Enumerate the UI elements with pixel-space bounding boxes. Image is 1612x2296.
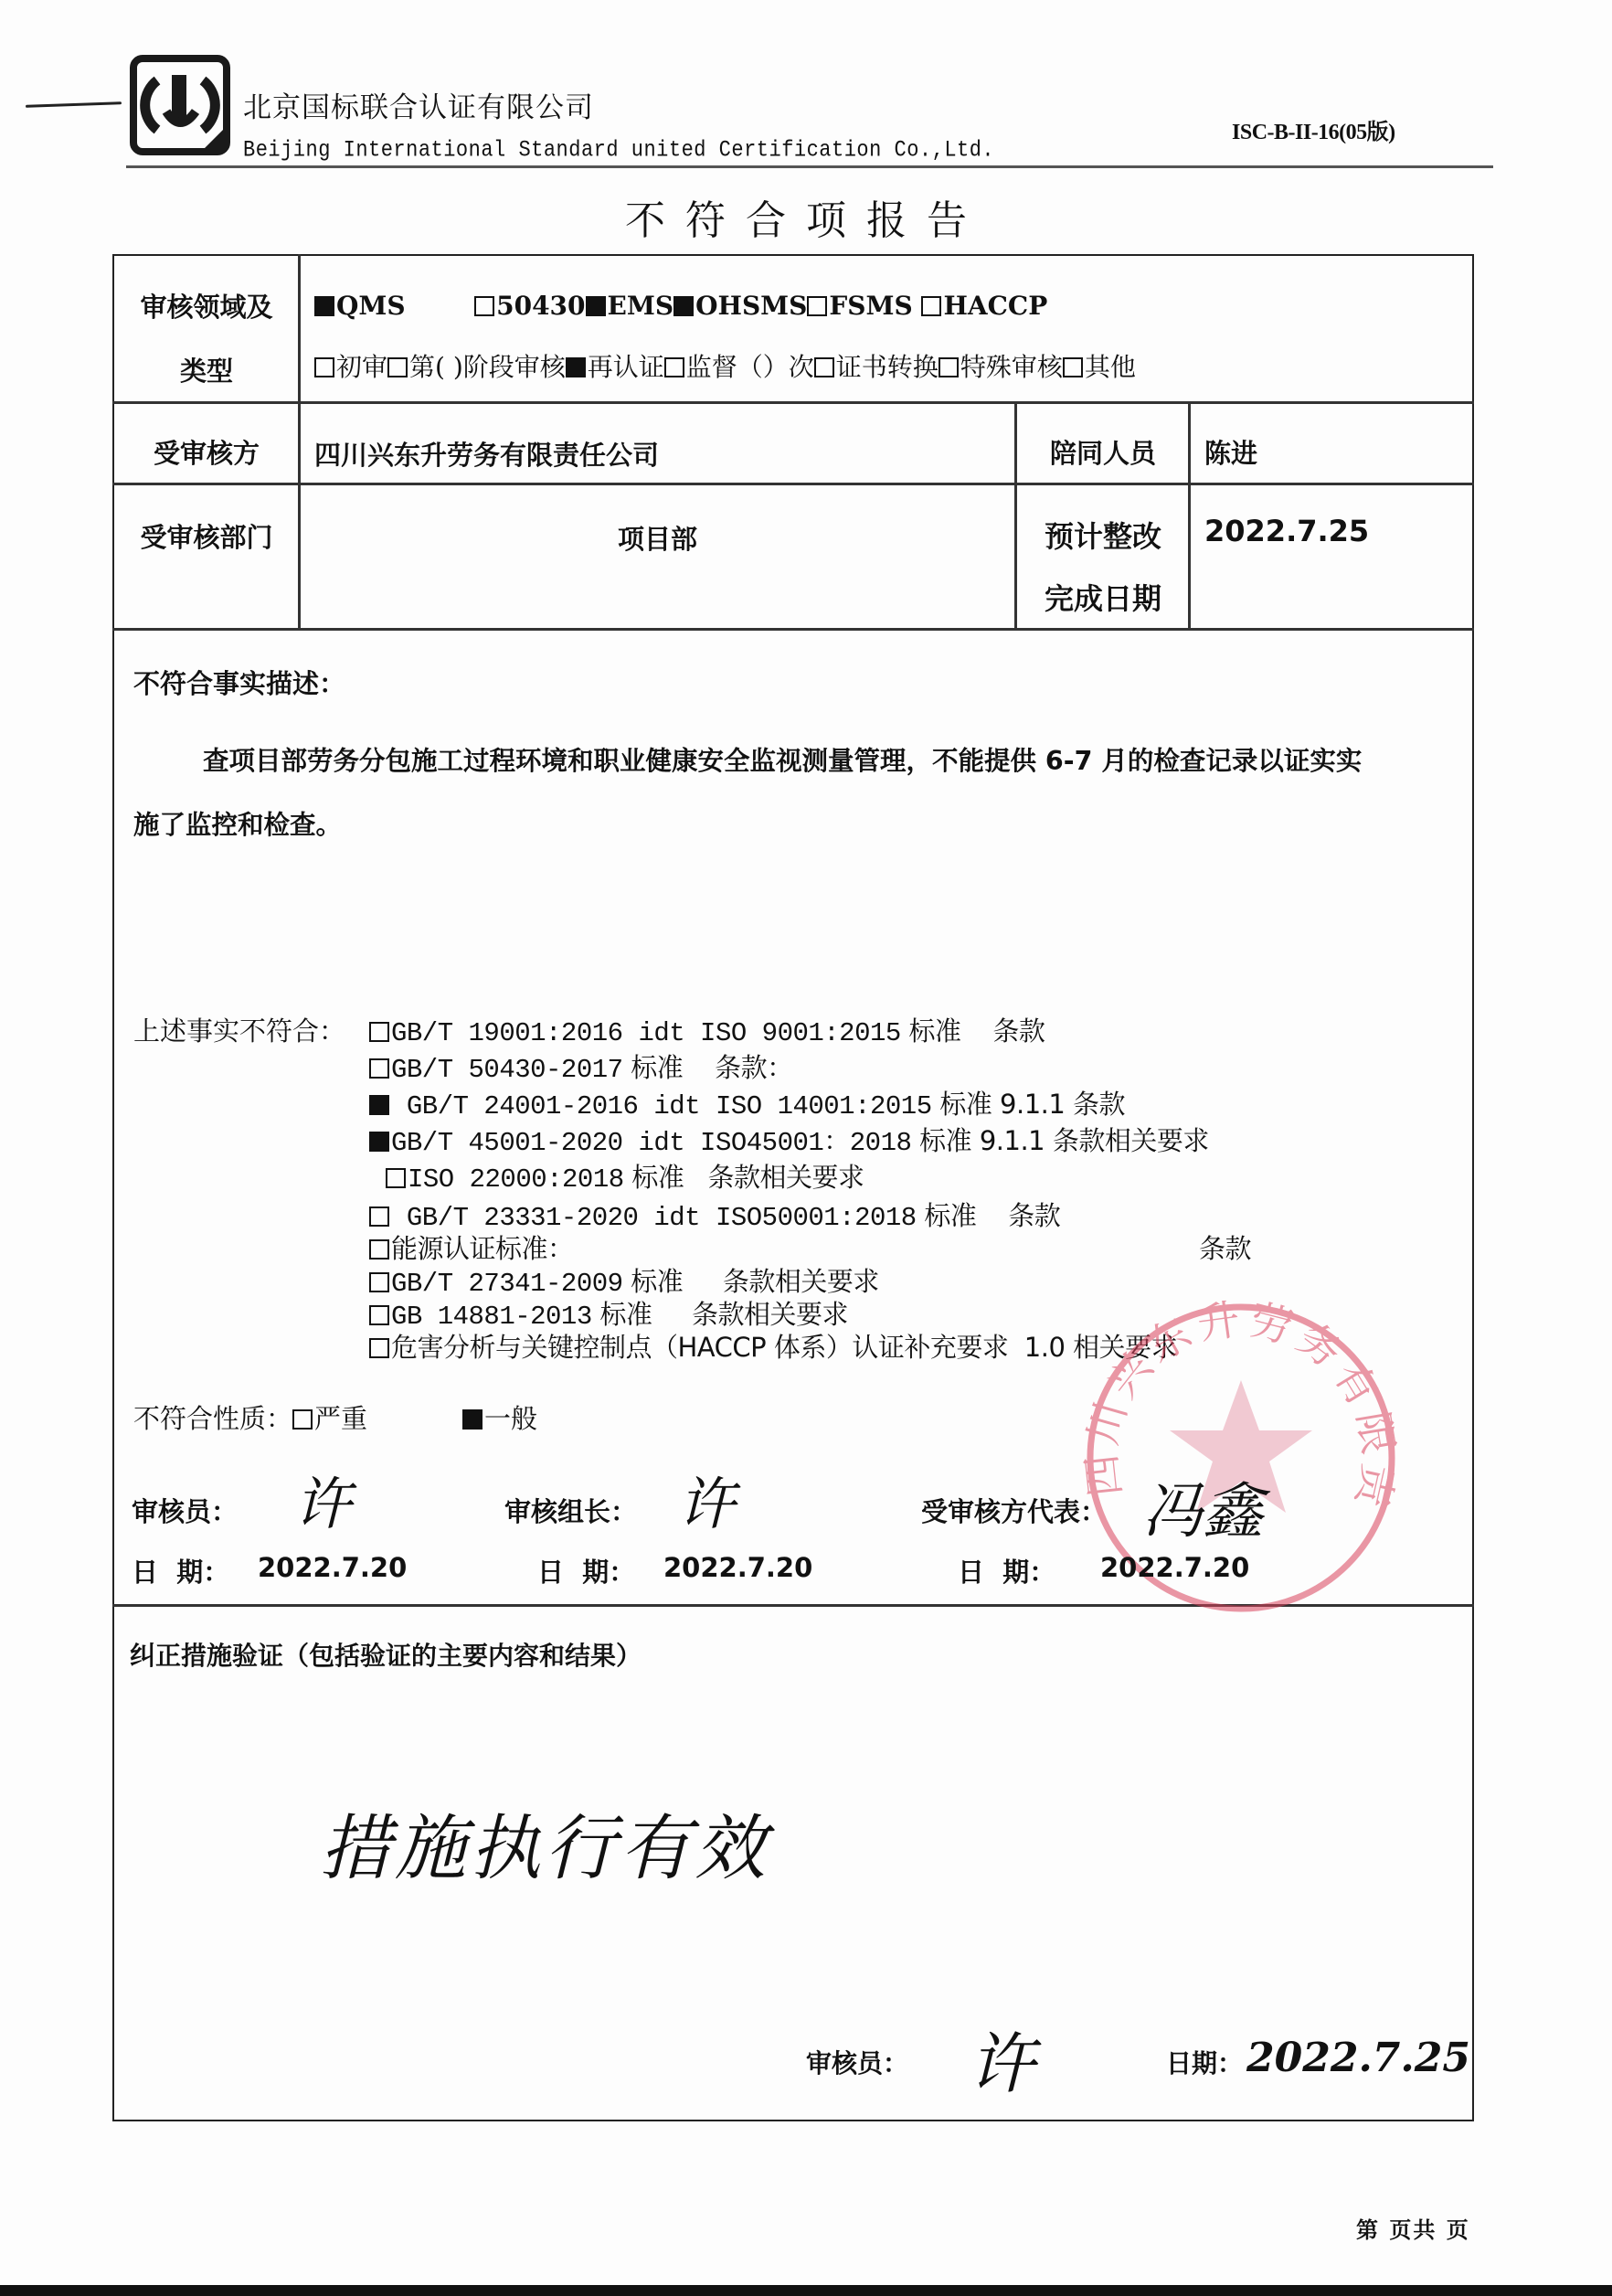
- company-name-cn: 北京国标联合认证有限公司: [243, 84, 594, 125]
- rep-date: 2022.7.20: [1100, 1552, 1249, 1583]
- page-number: 第 页共 页: [1356, 2212, 1470, 2244]
- description-label: 不符合事实描述：: [133, 664, 345, 701]
- audit-type-other[interactable]: 其他: [1063, 352, 1136, 382]
- row-divider: [112, 483, 1474, 485]
- checkbox-empty-icon[interactable]: [474, 296, 494, 316]
- due-date-value: 2022.7.25: [1204, 514, 1369, 548]
- severity-minor[interactable]: 一般: [462, 1403, 537, 1434]
- standard-item: ISO 22000:2018 标准 条款相关要求: [386, 1157, 864, 1195]
- checkbox-checked-icon[interactable]: [566, 357, 586, 377]
- standard-item: GB/T 19001:2016 idt ISO 9001:2015 标准 条款: [369, 1011, 1045, 1048]
- checkbox-empty-icon[interactable]: [369, 1305, 389, 1325]
- checkbox-empty-icon[interactable]: [369, 1022, 389, 1042]
- audit-type-options: 初审第( )阶段审核再认证监督（）次证书转换特殊审核其他: [314, 347, 1136, 384]
- auditor-signature: 许: [294, 1459, 351, 1540]
- checkbox-empty-icon[interactable]: [292, 1409, 313, 1430]
- checkbox-empty-icon[interactable]: [664, 357, 684, 377]
- checkbox-checked-icon[interactable]: [314, 296, 334, 316]
- severity-label: 不符合性质：: [133, 1403, 292, 1434]
- checkbox-checked-icon[interactable]: [369, 1132, 389, 1152]
- checkbox-empty-icon[interactable]: [369, 1206, 389, 1227]
- checkbox-empty-icon[interactable]: [369, 1338, 389, 1358]
- verification-auditor-label: 审核员：: [806, 2044, 908, 2080]
- escort-value: 陈进: [1204, 433, 1257, 471]
- audit-type-special[interactable]: 特殊审核: [939, 352, 1063, 382]
- checkbox-empty-icon[interactable]: [369, 1058, 389, 1079]
- severity-row: 不符合性质：严重一般: [133, 1398, 537, 1436]
- checkbox-empty-icon[interactable]: [387, 357, 408, 377]
- checkbox-checked-icon[interactable]: [462, 1409, 483, 1430]
- row-divider: [112, 401, 1474, 404]
- form-code: ISC-B-II-16(05版): [1232, 113, 1395, 145]
- due-date-label-2: 完成日期: [1017, 576, 1189, 618]
- violates-label: 上述事实不符合：: [133, 1011, 345, 1048]
- scope-option-ems[interactable]: EMS: [586, 291, 674, 321]
- standard-item: GB/T 27341-2009 标准 条款相关要求: [369, 1261, 879, 1299]
- auditor-date-label: 日 期：: [132, 1552, 229, 1589]
- verification-label: 纠正措施验证（包括验证的主要内容和结果）: [130, 1636, 642, 1673]
- scope-option-qms[interactable]: QMS: [314, 291, 406, 321]
- checkbox-checked-icon[interactable]: [673, 296, 694, 316]
- audit-type-surveillance[interactable]: 监督（）次: [664, 352, 814, 382]
- audit-type-transfer[interactable]: 证书转换: [814, 352, 939, 382]
- standard-item: 危害分析与关键控制点（HACCP 体系）认证补充要求 1.0 相关要求: [369, 1327, 1177, 1365]
- header-rule: [126, 165, 1493, 168]
- auditor-date: 2022.7.20: [258, 1552, 407, 1583]
- standard-item: GB 14881-2013 标准 条款相关要求: [369, 1294, 848, 1332]
- scope-option-50430[interactable]: 50430: [474, 291, 585, 321]
- checkbox-checked-icon[interactable]: [586, 296, 606, 316]
- rep-signature: 冯鑫: [1142, 1462, 1263, 1549]
- col-divider: [298, 254, 301, 629]
- audit-type-initial[interactable]: 初审: [314, 352, 387, 382]
- scope-label-2: 类型: [115, 351, 298, 388]
- audit-type-recert[interactable]: 再认证: [566, 352, 664, 382]
- checkbox-empty-icon[interactable]: [939, 357, 959, 377]
- standard-item: 能源认证标准：: [369, 1228, 574, 1266]
- department-value: 项目部: [301, 519, 1014, 557]
- standard-item: GB/T 45001-2020 idt ISO45001：2018 标准 9.1…: [369, 1121, 1209, 1158]
- checkbox-empty-icon[interactable]: [369, 1272, 389, 1292]
- leader-label: 审核组长：: [504, 1492, 637, 1529]
- company-name-en: Beijing International Standard united Ce…: [243, 137, 994, 164]
- escort-label: 陪同人员: [1017, 433, 1189, 471]
- row-divider: [112, 628, 1474, 631]
- rep-date-label: 日 期：: [958, 1552, 1055, 1589]
- verification-date-label: 日期：: [1166, 2044, 1243, 2080]
- description-text: 查项目部劳务分包施工过程环境和职业健康安全监视测量管理，不能提供 6-7 月的检…: [203, 740, 1362, 778]
- standard-item: GB/T 50430-2017 标准 条款：: [369, 1047, 793, 1085]
- scope-option-haccp[interactable]: HACCP: [921, 291, 1047, 321]
- scope-option-ohsms[interactable]: OHSMS: [673, 291, 807, 321]
- isc-logo-icon: [130, 55, 230, 155]
- checkbox-empty-icon[interactable]: [369, 1239, 389, 1260]
- verification-auditor-signature: 许: [969, 2011, 1034, 2106]
- scope-label: 审核领域及: [115, 287, 298, 324]
- audit-type-stage[interactable]: 第( )阶段审核: [387, 352, 566, 382]
- standard-item-clause: 条款: [1199, 1228, 1251, 1266]
- leader-signature: 许: [678, 1459, 735, 1540]
- checkbox-empty-icon[interactable]: [921, 296, 941, 316]
- photo-edge-shadow: [0, 2285, 1612, 2296]
- rep-label: 受审核方代表：: [921, 1492, 1107, 1529]
- scope-options: QMS 50430EMSOHSMSFSMS HACCP: [314, 291, 1047, 321]
- checkbox-empty-icon[interactable]: [1063, 357, 1083, 377]
- description-text-2: 施了监控和检查。: [133, 804, 342, 842]
- checkbox-empty-icon[interactable]: [814, 357, 834, 377]
- checkbox-checked-icon[interactable]: [369, 1095, 389, 1115]
- auditee-label: 受审核方: [115, 433, 298, 471]
- verification-date: 2022.7.25: [1246, 2035, 1470, 2081]
- due-date-label: 预计整改: [1017, 514, 1189, 556]
- checkbox-empty-icon[interactable]: [386, 1168, 406, 1188]
- scope-option-fsms[interactable]: FSMS: [807, 291, 912, 321]
- department-label: 受审核部门: [115, 517, 298, 555]
- checkbox-empty-icon[interactable]: [807, 296, 827, 316]
- margin-mark: [26, 101, 122, 108]
- auditor-label: 审核员：: [132, 1492, 238, 1529]
- severity-major[interactable]: 严重: [292, 1403, 367, 1434]
- page-title: 不符合项报告: [0, 187, 1612, 246]
- leader-date-label: 日 期：: [537, 1552, 635, 1589]
- auditee-value: 四川兴东升劳务有限责任公司: [314, 435, 659, 473]
- checkbox-empty-icon[interactable]: [314, 357, 334, 377]
- verification-handwritten: 措施执行有效: [320, 1791, 769, 1894]
- standard-item: GB/T 24001-2016 idt ISO 14001:2015 标准 9.…: [369, 1084, 1125, 1121]
- standard-item: GB/T 23331-2020 idt ISO50001:2018 标准 条款: [369, 1196, 1060, 1233]
- leader-date: 2022.7.20: [663, 1552, 812, 1583]
